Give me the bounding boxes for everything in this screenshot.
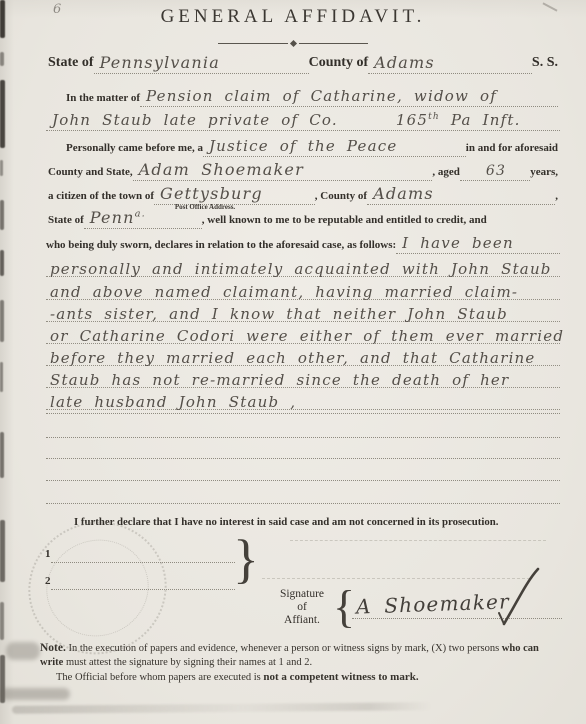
matter-value-handwritten: Pension claim of Catharine, widow of (146, 87, 497, 105)
matter-line-2: John Staub late private of Co.165th Pa I… (46, 107, 560, 131)
signature-label-line1: Signature (272, 588, 332, 601)
affiant-name-handwritten: Adam Shoemaker (139, 160, 304, 179)
divider-diamond (289, 40, 296, 47)
state-of-label: State of (48, 55, 94, 74)
form-title: GENERAL AFFIDAVIT. (0, 6, 586, 28)
state-abbr-handwritten: Penna. (90, 208, 146, 227)
personally-label: Personally came before me, a (66, 142, 203, 157)
county-state-line: County and State, Adam Shoemaker , aged … (48, 157, 558, 181)
in-the-matter-label: In the matter of (66, 92, 140, 107)
county-blank-2: Adams (367, 183, 555, 205)
edge-smudge (0, 160, 3, 176)
regiment-number: 165 (396, 111, 428, 129)
years-label: years, (530, 166, 558, 181)
personally-line: Personally came before me, a Justice of … (48, 133, 558, 157)
faint-rule (290, 540, 546, 541)
in-and-for-label: in and for aforesaid (466, 142, 558, 157)
note-paragraph-1: Note. In the execution of papers and evi… (40, 641, 562, 670)
town-blank: Gettysburg (154, 183, 315, 205)
citizen-label: a citizen of the town of (48, 190, 154, 205)
state-abbr-blank: Penna. (84, 207, 202, 229)
county-value-handwritten-2: Adams (373, 184, 434, 203)
empty-rule (46, 503, 560, 504)
ss-label: S. S. (532, 55, 558, 74)
statement-line: and above named claimant, having married… (46, 276, 560, 300)
service-text: John Staub late private of Co. (52, 111, 338, 129)
signature-label-line2: of (272, 601, 332, 614)
sworn-text-label: who being duly sworn, declares in relati… (46, 239, 396, 254)
state-of-label-2: State of (48, 214, 84, 229)
regiment-ordinal-sup: th (428, 112, 440, 122)
signature-flourish-stroke (498, 566, 542, 628)
notary-stamp-inner-ring (34, 526, 162, 649)
age-blank: 63 (460, 161, 530, 181)
aged-label: , aged (432, 166, 460, 181)
note2-bold-competent-witness: not a competent witness to mark. (263, 671, 418, 683)
county-state-label: County and State, (48, 166, 133, 181)
statement-text: late husband John Staub , (50, 393, 296, 411)
empty-rule (46, 458, 560, 459)
edge-smudge (0, 250, 4, 276)
edge-smudge (0, 602, 4, 640)
statement-line: or Catharine Codori were either of them … (46, 320, 560, 344)
statement-line: -ants sister, and I know that neither Jo… (46, 298, 560, 322)
age-value-handwritten: 63 (486, 163, 506, 179)
matter-line-1: In the matter of Pension claim of Cathar… (48, 83, 558, 107)
title-divider (218, 41, 368, 46)
matter-blank: Pension claim of Catharine, widow of (140, 86, 558, 107)
empty-rule (46, 413, 560, 414)
empty-rule (46, 437, 560, 438)
signature-label-line3: Affiant. (272, 614, 332, 627)
statement-first-handwritten: I have been (402, 234, 514, 252)
state-abbr-sup: a. (135, 209, 146, 220)
state-blank: Pennsylvania (94, 52, 309, 74)
edge-smudge (0, 655, 5, 703)
state-value-handwritten: Pennsylvania (100, 53, 220, 72)
edge-smudge (0, 200, 4, 230)
county-of-label-2: , County of (315, 190, 367, 205)
service-value-handwritten: John Staub late private of Co.165th Pa I… (52, 111, 521, 129)
divider-bar (299, 43, 369, 44)
note-label: Note. (40, 642, 66, 654)
edge-smudge (0, 300, 4, 342)
faint-rule (262, 578, 530, 579)
signature-label: Signature of Affiant. (272, 588, 332, 627)
statement-line: late husband John Staub , (46, 386, 560, 410)
signature-brace: { (333, 584, 355, 630)
statement-line: personally and intimately acquainted wit… (46, 253, 560, 277)
statement-first-blank: I have been (396, 233, 560, 254)
matter-blank-2: John Staub late private of Co.165th Pa I… (46, 110, 560, 131)
statement-line: before they married each other, and that… (46, 342, 560, 366)
official-title-blank: Justice of the Peace (203, 136, 466, 157)
empty-rule (46, 480, 560, 481)
edge-smudge (0, 52, 4, 66)
edge-smudge (0, 520, 5, 582)
note-paragraph-2: The Official before whom papers are exec… (40, 670, 562, 685)
state-abbr-main: Penn (90, 208, 135, 227)
town-value-handwritten: Gettysburg (160, 184, 263, 203)
county-blank: Adams (368, 52, 532, 74)
statement-line: Staub has not re-married since the death… (46, 364, 560, 388)
note-text-seg1: In the execution of papers and evidence,… (66, 643, 502, 654)
witness-brace: } (233, 532, 259, 586)
declaration-text: I further declare that I have no interes… (74, 516, 498, 528)
official-title-handwritten: Justice of the Peace (209, 137, 397, 155)
citizen-line: a citizen of the town of Gettysburg , Co… (48, 181, 558, 205)
jurat-line: State of Pennsylvania County of Adams S.… (48, 48, 558, 74)
note2-text-seg1: The Official before whom papers are exec… (56, 672, 263, 683)
affiant-name-blank: Adam Shoemaker (133, 159, 433, 181)
edge-smudge (0, 432, 4, 478)
regiment-name: Pa Inft. (451, 111, 521, 129)
edge-smudge (0, 362, 3, 392)
note-text-seg2: must attest the signature by signing the… (63, 657, 312, 668)
county-of-label: County of (309, 55, 369, 74)
comma-label: , (555, 190, 558, 205)
state-abbr-line: State of Penna. , well known to me to be… (48, 205, 558, 229)
credit-text-label: , well known to me to be reputable and e… (202, 214, 487, 229)
county-value-handwritten: Adams (374, 53, 435, 72)
divider-bar (218, 43, 288, 44)
sworn-line: who being duly sworn, declares in relati… (46, 230, 560, 254)
edge-smudge (0, 80, 5, 148)
